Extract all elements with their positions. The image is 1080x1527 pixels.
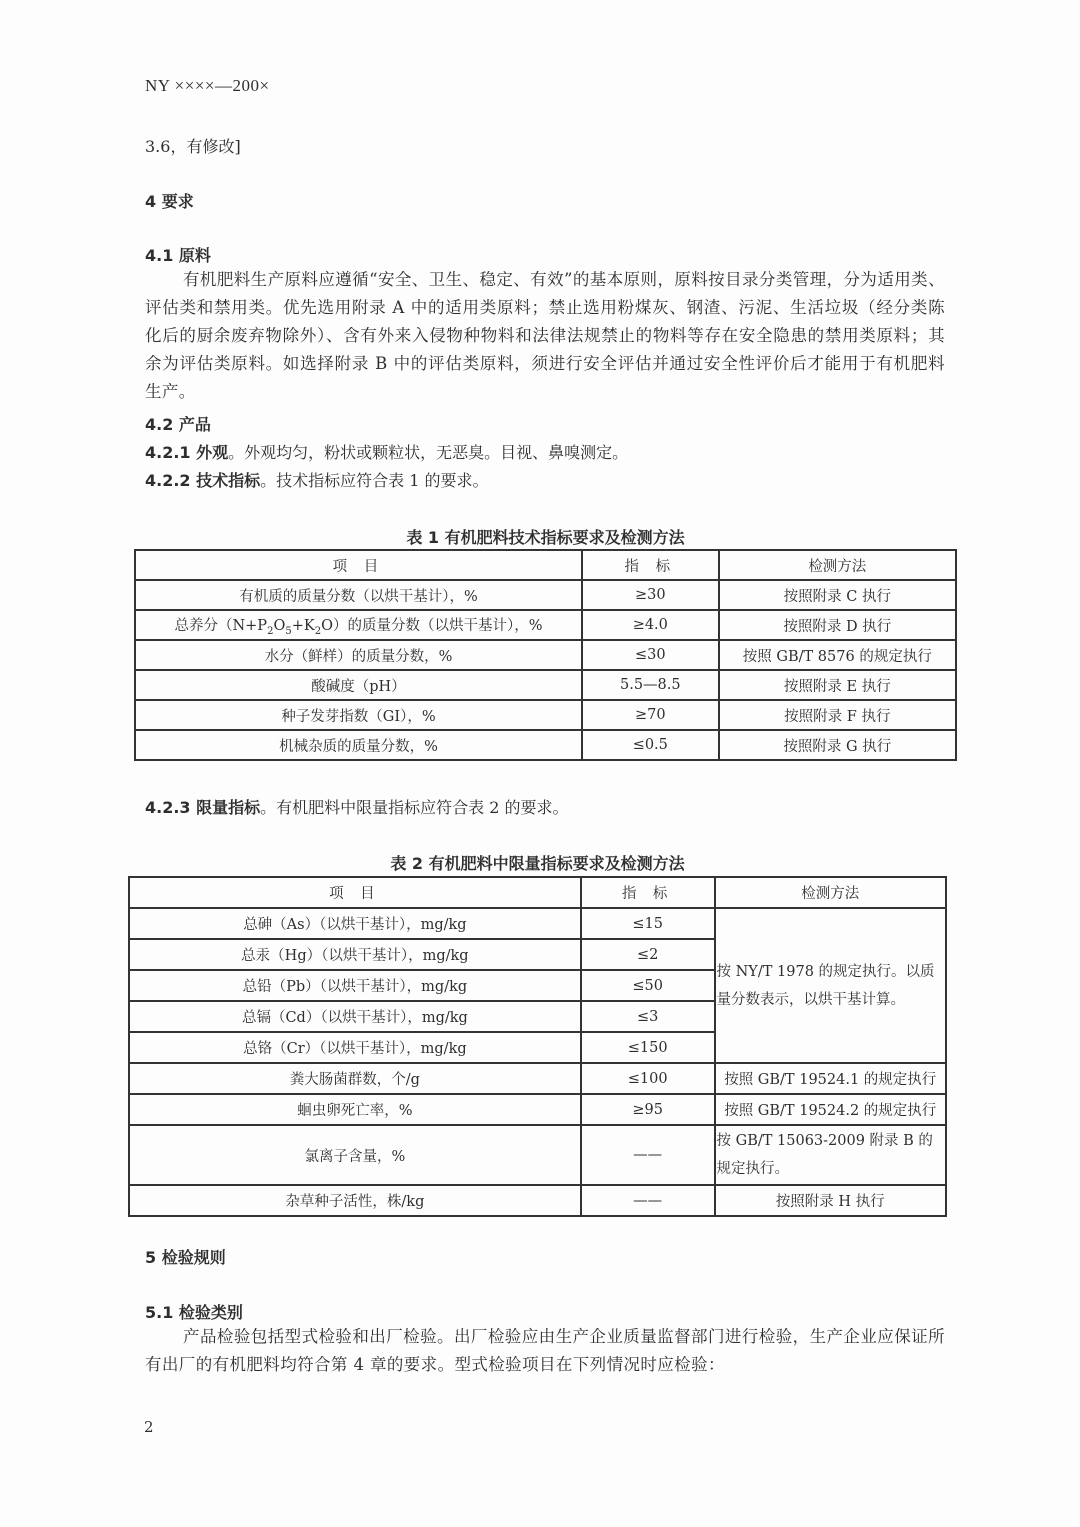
table-row: 种子发芽指数（GI），% ≥70 按照附录 F 执行 (135, 700, 956, 730)
table-row: 酸碱度（pH） 5.5—8.5 按照附录 E 执行 (135, 670, 956, 700)
table-row: 总养分（N+P2O5+K2O）的质量分数（以烘干基计），% ≥4.0 按照附录 … (135, 610, 956, 640)
cell-value: —— (581, 1125, 715, 1185)
table-row: 氯离子含量，% —— 按 GB/T 15063-2009 附录 B 的规定执行。 (129, 1125, 946, 1185)
table-row: 粪大肠菌群数，个/g ≤100 按照 GB/T 19524.1 的规定执行 (129, 1063, 946, 1094)
cell-value: ≤100 (581, 1063, 715, 1094)
cell-value: ≤3 (581, 1001, 715, 1032)
cell-method: 按照附录 F 执行 (719, 700, 956, 730)
cell-value: ≤0.5 (582, 730, 719, 760)
cell-value: —— (581, 1185, 715, 1216)
table-row: 蛔虫卵死亡率，% ≥95 按照 GB/T 19524.2 的规定执行 (129, 1094, 946, 1125)
standard-code-header: NY ××××—200× (145, 76, 270, 96)
table-2-caption: 表 2 有机肥料中限量指标要求及检测方法 (128, 851, 947, 874)
table-header-row: 项 目 指 标 检测方法 (135, 550, 956, 580)
item-text: +K (292, 618, 315, 634)
header-indicator: 指 标 (581, 877, 715, 908)
cell-value: ≤50 (581, 970, 715, 1001)
reference-tail: 3.6，有修改] (145, 134, 241, 157)
cell-method: 按照附录 H 执行 (715, 1185, 947, 1216)
cell-method: 按照附录 E 执行 (719, 670, 956, 700)
cell-value: ≤150 (581, 1032, 715, 1063)
cell-item: 杂草种子活性，株/kg (129, 1185, 581, 1216)
table-row: 有机质的质量分数（以烘干基计），% ≥30 按照附录 C 执行 (135, 580, 956, 610)
section-4-2-1-label: 4.2.1 外观 (145, 443, 228, 462)
section-5-1-body: 产品检验包括型式检验和出厂检验。出厂检验应由生产企业质量监督部门进行检验，生产企… (145, 1323, 945, 1379)
header-method: 检测方法 (719, 550, 956, 580)
cell-value: ≥70 (582, 700, 719, 730)
cell-item: 有机质的质量分数（以烘干基计），% (135, 580, 582, 610)
cell-value: 5.5—8.5 (582, 670, 719, 700)
header-item: 项 目 (129, 877, 581, 908)
section-5-1-title: 5.1 检验类别 (145, 1300, 243, 1323)
section-4-2-2-text: 。技术指标应符合表 1 的要求。 (260, 471, 488, 490)
cell-item: 蛔虫卵死亡率，% (129, 1094, 581, 1125)
cell-method: 按照附录 G 执行 (719, 730, 956, 760)
section-4-2-1: 4.2.1 外观。外观均匀，粉状或颗粒状，无恶臭。目视、鼻嗅测定。 (145, 440, 628, 463)
section-4-2-2-label: 4.2.2 技术指标 (145, 471, 260, 490)
table-header-row: 项 目 指 标 检测方法 (129, 877, 946, 908)
item-text: 总养分（N+P (174, 618, 267, 634)
header-indicator: 指 标 (582, 550, 719, 580)
cell-item: 机械杂质的质量分数，% (135, 730, 582, 760)
cell-item: 总铅（Pb）（以烘干基计），mg/kg (129, 970, 581, 1001)
cell-value: ≤2 (581, 939, 715, 970)
table-2-limit-indicators: 项 目 指 标 检测方法 总砷（As）（以烘干基计），mg/kg ≤15 按 N… (128, 876, 947, 1217)
cell-item: 粪大肠菌群数，个/g (129, 1063, 581, 1094)
cell-method: 按照附录 D 执行 (719, 610, 956, 640)
section-4-2-3: 4.2.3 限量指标。有机肥料中限量指标应符合表 2 的要求。 (145, 795, 569, 818)
cell-method: 按照 GB/T 8576 的规定执行 (719, 640, 956, 670)
table-row: 杂草种子活性，株/kg —— 按照附录 H 执行 (129, 1185, 946, 1216)
section-4-2-1-text: 。外观均匀，粉状或颗粒状，无恶臭。目视、鼻嗅测定。 (228, 443, 628, 462)
cell-method: 按照 GB/T 19524.2 的规定执行 (715, 1094, 947, 1125)
cell-method: 按照附录 C 执行 (719, 580, 956, 610)
cell-method: 按照 GB/T 19524.1 的规定执行 (715, 1063, 947, 1094)
section-4-1-title: 4.1 原料 (145, 243, 211, 266)
section-5-1-text: 产品检验包括型式检验和出厂检验。出厂检验应由生产企业质量监督部门进行检验，生产企… (145, 1327, 945, 1374)
cell-item: 氯离子含量，% (129, 1125, 581, 1185)
cell-method-heavy-metals: 按 NY/T 1978 的规定执行。以质量分数表示，以烘干基计算。 (715, 908, 947, 1063)
section-4-1-text: 有机肥料生产原料应遵循“安全、卫生、稳定、有效”的基本原则，原料按目录分类管理，… (145, 270, 945, 401)
cell-item: 总镉（Cd）（以烘干基计），mg/kg (129, 1001, 581, 1032)
table-row: 总砷（As）（以烘干基计），mg/kg ≤15 按 NY/T 1978 的规定执… (129, 908, 946, 939)
section-4-2-2: 4.2.2 技术指标。技术指标应符合表 1 的要求。 (145, 468, 489, 491)
cell-item: 总养分（N+P2O5+K2O）的质量分数（以烘干基计），% (135, 610, 582, 640)
section-4-title: 4 要求 (145, 189, 194, 212)
header-item: 项 目 (135, 550, 582, 580)
page-number: 2 (144, 1418, 154, 1436)
cell-value: ≥95 (581, 1094, 715, 1125)
header-method: 检测方法 (715, 877, 947, 908)
cell-item: 酸碱度（pH） (135, 670, 582, 700)
section-5-title: 5 检验规则 (145, 1245, 226, 1268)
table-1-caption: 表 1 有机肥料技术指标要求及检测方法 (134, 525, 957, 548)
cell-item: 总汞（Hg）（以烘干基计），mg/kg (129, 939, 581, 970)
item-text: O (273, 618, 285, 634)
section-4-2-title: 4.2 产品 (145, 412, 211, 435)
cell-value: ≥30 (582, 580, 719, 610)
cell-item: 水分（鲜样）的质量分数，% (135, 640, 582, 670)
cell-item: 总砷（As）（以烘干基计），mg/kg (129, 908, 581, 939)
section-4-2-3-label: 4.2.3 限量指标 (145, 798, 260, 817)
table-row: 水分（鲜样）的质量分数，% ≤30 按照 GB/T 8576 的规定执行 (135, 640, 956, 670)
cell-value: ≥4.0 (582, 610, 719, 640)
section-4-2-3-text: 。有机肥料中限量指标应符合表 2 的要求。 (260, 798, 568, 817)
table-row: 机械杂质的质量分数，% ≤0.5 按照附录 G 执行 (135, 730, 956, 760)
table-1-technical-indicators: 项 目 指 标 检测方法 有机质的质量分数（以烘干基计），% ≥30 按照附录 … (134, 549, 957, 761)
cell-value: ≤15 (581, 908, 715, 939)
item-text: O）的质量分数（以烘干基计），% (321, 618, 542, 634)
cell-value: ≤30 (582, 640, 719, 670)
cell-method: 按 GB/T 15063-2009 附录 B 的规定执行。 (715, 1125, 947, 1185)
cell-item: 总铬（Cr）（以烘干基计），mg/kg (129, 1032, 581, 1063)
cell-item: 种子发芽指数（GI），% (135, 700, 582, 730)
section-4-1-body: 有机肥料生产原料应遵循“安全、卫生、稳定、有效”的基本原则，原料按目录分类管理，… (145, 266, 945, 406)
